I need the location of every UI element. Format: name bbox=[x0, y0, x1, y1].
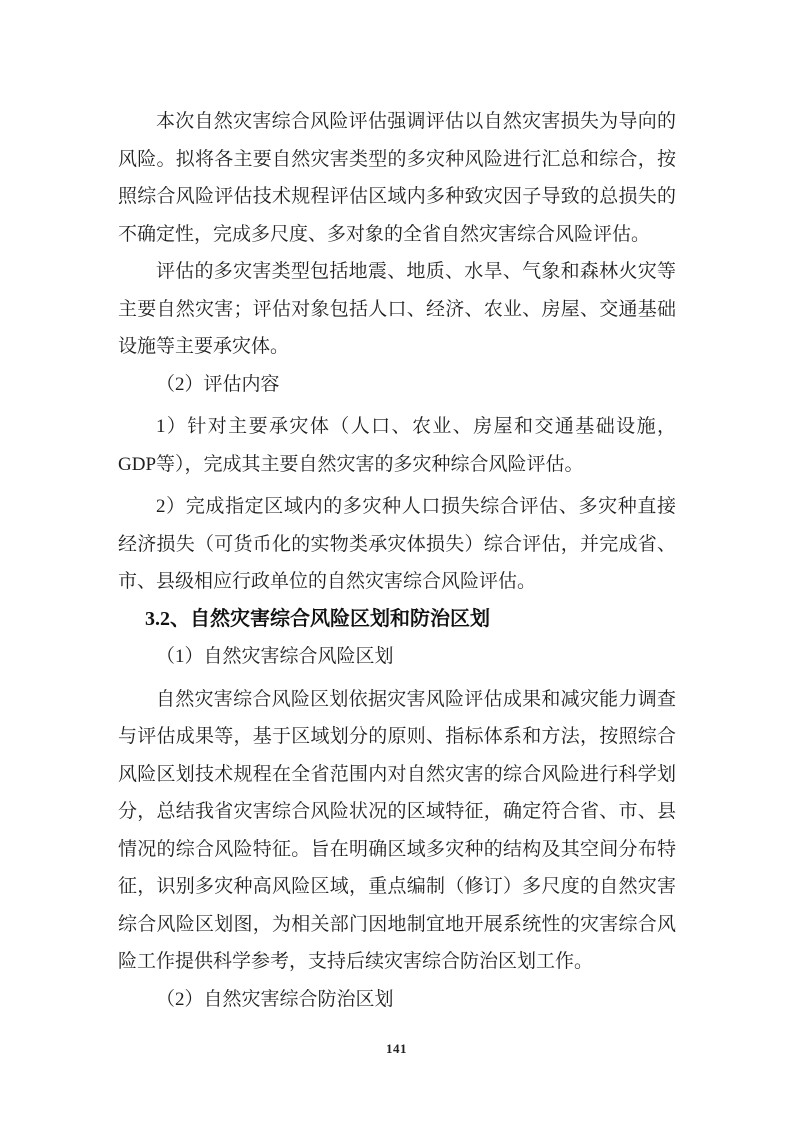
paragraph-hazard-types-and-targets: 评估的多灾害类型包括地震、地质、水旱、气象和森林火灾等主要自然灾害；评估对象包括… bbox=[118, 253, 676, 366]
paragraph-risk-zoning-detail: 自然灾害综合风险区划依据灾害风险评估成果和减灾能力调查与评估成果等，基于区域划分… bbox=[118, 681, 676, 981]
paragraph-risk-assessment-overview: 本次自然灾害综合风险评估强调评估以自然灾害损失为导向的风险。拟将各主要自然灾害类… bbox=[118, 103, 676, 253]
document-body: 本次自然灾害综合风险评估强调评估以自然灾害损失为导向的风险。拟将各主要自然灾害类… bbox=[118, 103, 676, 1018]
list-item-1-exposure-assessment: 1）针对主要承灾体（人口、农业、房屋和交通基础设施，GDP等），完成其主要自然灾… bbox=[118, 408, 676, 483]
page-footer: 141 bbox=[0, 1041, 793, 1057]
label-assessment-content: （2）评估内容 bbox=[118, 366, 676, 404]
document-page: 本次自然灾害综合风险评估强调评估以自然灾害损失为导向的风险。拟将各主要自然灾害类… bbox=[0, 0, 793, 1122]
page-number: 141 bbox=[386, 1041, 407, 1056]
label-comprehensive-prevention-zoning: （2）自然灾害综合防治区划 bbox=[118, 981, 676, 1019]
list-item-2-loss-assessment: 2）完成指定区域内的多灾种人口损失综合评估、多灾种直接经济损失（可货币化的实物类… bbox=[118, 488, 676, 601]
section-heading-3-2: 3.2、自然灾害综合风险区划和防治区划 bbox=[118, 601, 676, 639]
label-comprehensive-risk-zoning: （1）自然灾害综合风险区划 bbox=[118, 638, 676, 676]
